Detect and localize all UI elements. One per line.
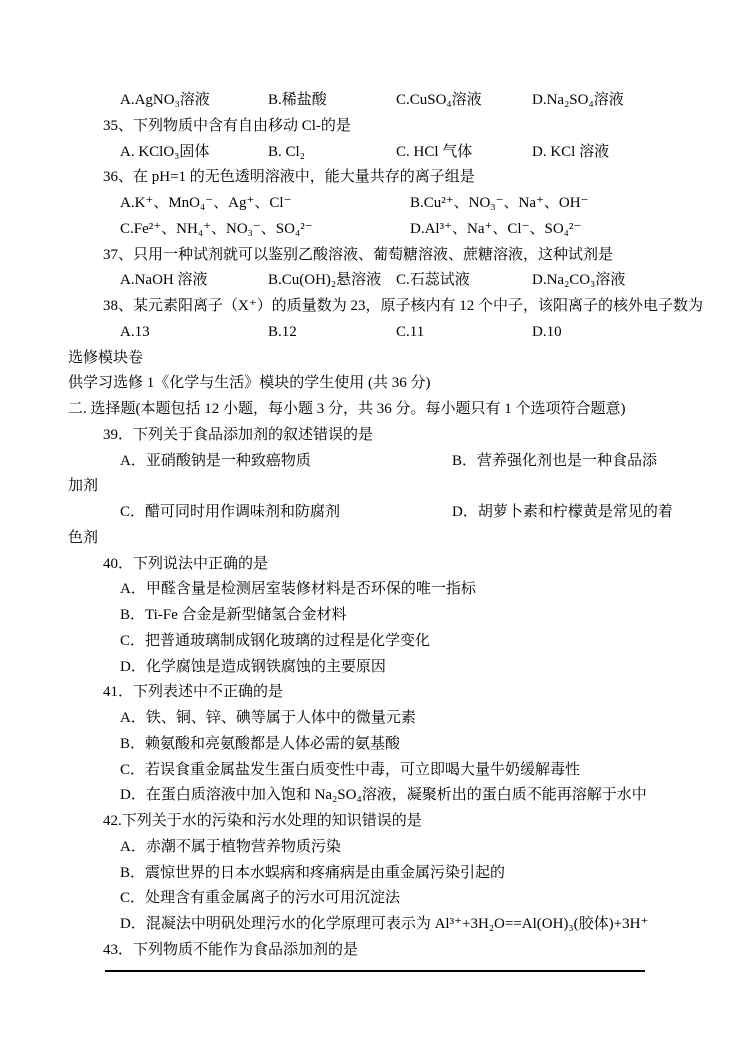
option-line: C．处理含有重金属离子的污水可用沉淀法 [68,886,708,912]
option-item: C.CuSO₄溶液 [396,88,532,114]
option-row: A.NaOH 溶液B.Cu(OH)₂悬溶液C.石蕊试液D.Na₂CO₃溶液 [68,268,708,294]
option-item: C.石蕊试液 [396,268,532,294]
option-row: A．亚硝酸钠是一种致癌物质B．营养强化剂也是一种食品添 [68,449,708,475]
option-item: D.Na₂SO₄溶液 [532,88,624,114]
footnote-separator-line [105,970,645,972]
option-line: D．在蛋白质溶液中加入饱和 Na₂SO₄溶液，凝聚析出的蛋白质不能再溶解于水中 [68,783,708,809]
question-line: 39．下列关于食品添加剂的叙述错误的是 [68,423,708,449]
option-item: A.NaOH 溶液 [120,268,268,294]
option-line: A．甲醛含量是检测居室装修材料是否环保的唯一指标 [68,577,708,603]
question-line: 40．下列说法中正确的是 [68,552,708,578]
option-item: C．醋可同时用作调味剂和防腐剂 [120,500,452,526]
option-item: B.Cu(OH)₂悬溶液 [268,268,396,294]
question-line: 42.下列关于水的污染和污水处理的知识错误的是 [68,809,708,835]
option-line: D．混凝法中明矾处理污水的化学原理可表示为 Al³⁺+3H₂O==Al(OH)₃… [68,912,708,938]
option-line: D．化学腐蚀是造成钢铁腐蚀的主要原因 [68,655,708,681]
option-line: A．铁、铜、锌、碘等属于人体中的微量元素 [68,706,708,732]
question-line: 41．下列表述中不正确的是 [68,680,708,706]
text-line: 二. 选择题(本题包括 12 小题，每小题 3 分，共 36 分。每小题只有 1… [68,397,708,423]
option-item: D．胡萝卜素和柠檬黄是常见的着 [452,500,673,526]
document-body: A.AgNO₃溶液B.稀盐酸C.CuSO₄溶液D.Na₂SO₄溶液35、下列物质… [68,88,708,964]
option-row: C．醋可同时用作调味剂和防腐剂D．胡萝卜素和柠檬黄是常见的着 [68,500,708,526]
option-row: A.AgNO₃溶液B.稀盐酸C.CuSO₄溶液D.Na₂SO₄溶液 [68,88,708,114]
question-line: 37、只用一种试剂就可以鉴别乙酸溶液、葡萄糖溶液、蔗糖溶液，这种试剂是 [68,243,708,269]
option-item: A.13 [120,320,268,346]
option-item: D.10 [532,320,562,346]
option-item: C.11 [396,320,532,346]
option-line: B．震惊世界的日本水蜈病和疼痛病是由重金属污染引起的 [68,861,708,887]
option-item: A.AgNO₃溶液 [120,88,268,114]
option-row: A.K⁺、MnO₄⁻、Ag⁺、Cl⁻B.Cu²⁺、NO₃⁻、Na⁺、OH⁻ [68,191,708,217]
option-item: A. KClO₃固体 [120,140,268,166]
option-row: C.Fe²⁺、NH₄⁺、NO₃⁻、SO₄²⁻D.Al³⁺、Na⁺、Cl⁻、SO₄… [68,217,708,243]
option-item: A.K⁺、MnO₄⁻、Ag⁺、Cl⁻ [120,191,410,217]
exam-page: A.AgNO₃溶液B.稀盐酸C.CuSO₄溶液D.Na₂SO₄溶液35、下列物质… [0,0,741,1049]
option-item: B.12 [268,320,396,346]
option-item: A．亚硝酸钠是一种致癌物质 [120,449,452,475]
text-line: 供学习选修 1《化学与生活》模块的学生使用 (共 36 分) [68,371,708,397]
option-item: B．营养强化剂也是一种食品添 [452,449,657,475]
option-item: B.稀盐酸 [268,88,396,114]
question-line: 38、某元素阳离子（X⁺）的质量数为 23，原子核内有 12 个中子，该阳离子的… [68,294,708,320]
option-item: C. HCl 气体 [396,140,532,166]
option-line: B．Ti-Fe 合金是新型储氢合金材料 [68,603,708,629]
option-line: C．把普通玻璃制成钢化玻璃的过程是化学变化 [68,629,708,655]
question-line: 43．下列物质不能作为食品添加剂的是 [68,938,708,964]
option-item: D. KCl 溶液 [532,140,609,166]
option-item: D.Al³⁺、Na⁺、Cl⁻、SO₄²⁻ [410,217,581,243]
option-item: C.Fe²⁺、NH₄⁺、NO₃⁻、SO₄²⁻ [120,217,410,243]
text-line: 加剂 [68,474,708,500]
option-line: C．若误食重金属盐发生蛋白质变性中毒，可立即喝大量牛奶缓解毒性 [68,758,708,784]
option-row: A.13B.12C.11D.10 [68,320,708,346]
option-item: B.Cu²⁺、NO₃⁻、Na⁺、OH⁻ [410,191,588,217]
option-line: B．赖氨酸和亮氨酸都是人体必需的氨基酸 [68,732,708,758]
option-row: A. KClO₃固体B. Cl₂C. HCl 气体D. KCl 溶液 [68,140,708,166]
option-item: B. Cl₂ [268,140,396,166]
text-line: 选修模块卷 [68,346,708,372]
option-line: A．赤潮不属于植物营养物质污染 [68,835,708,861]
question-line: 36、在 pH=1 的无色透明溶液中，能大量共存的离子组是 [68,165,708,191]
option-item: D.Na₂CO₃溶液 [532,268,625,294]
text-line: 色剂 [68,526,708,552]
question-line: 35、下列物质中含有自由移动 Cl-的是 [68,114,708,140]
